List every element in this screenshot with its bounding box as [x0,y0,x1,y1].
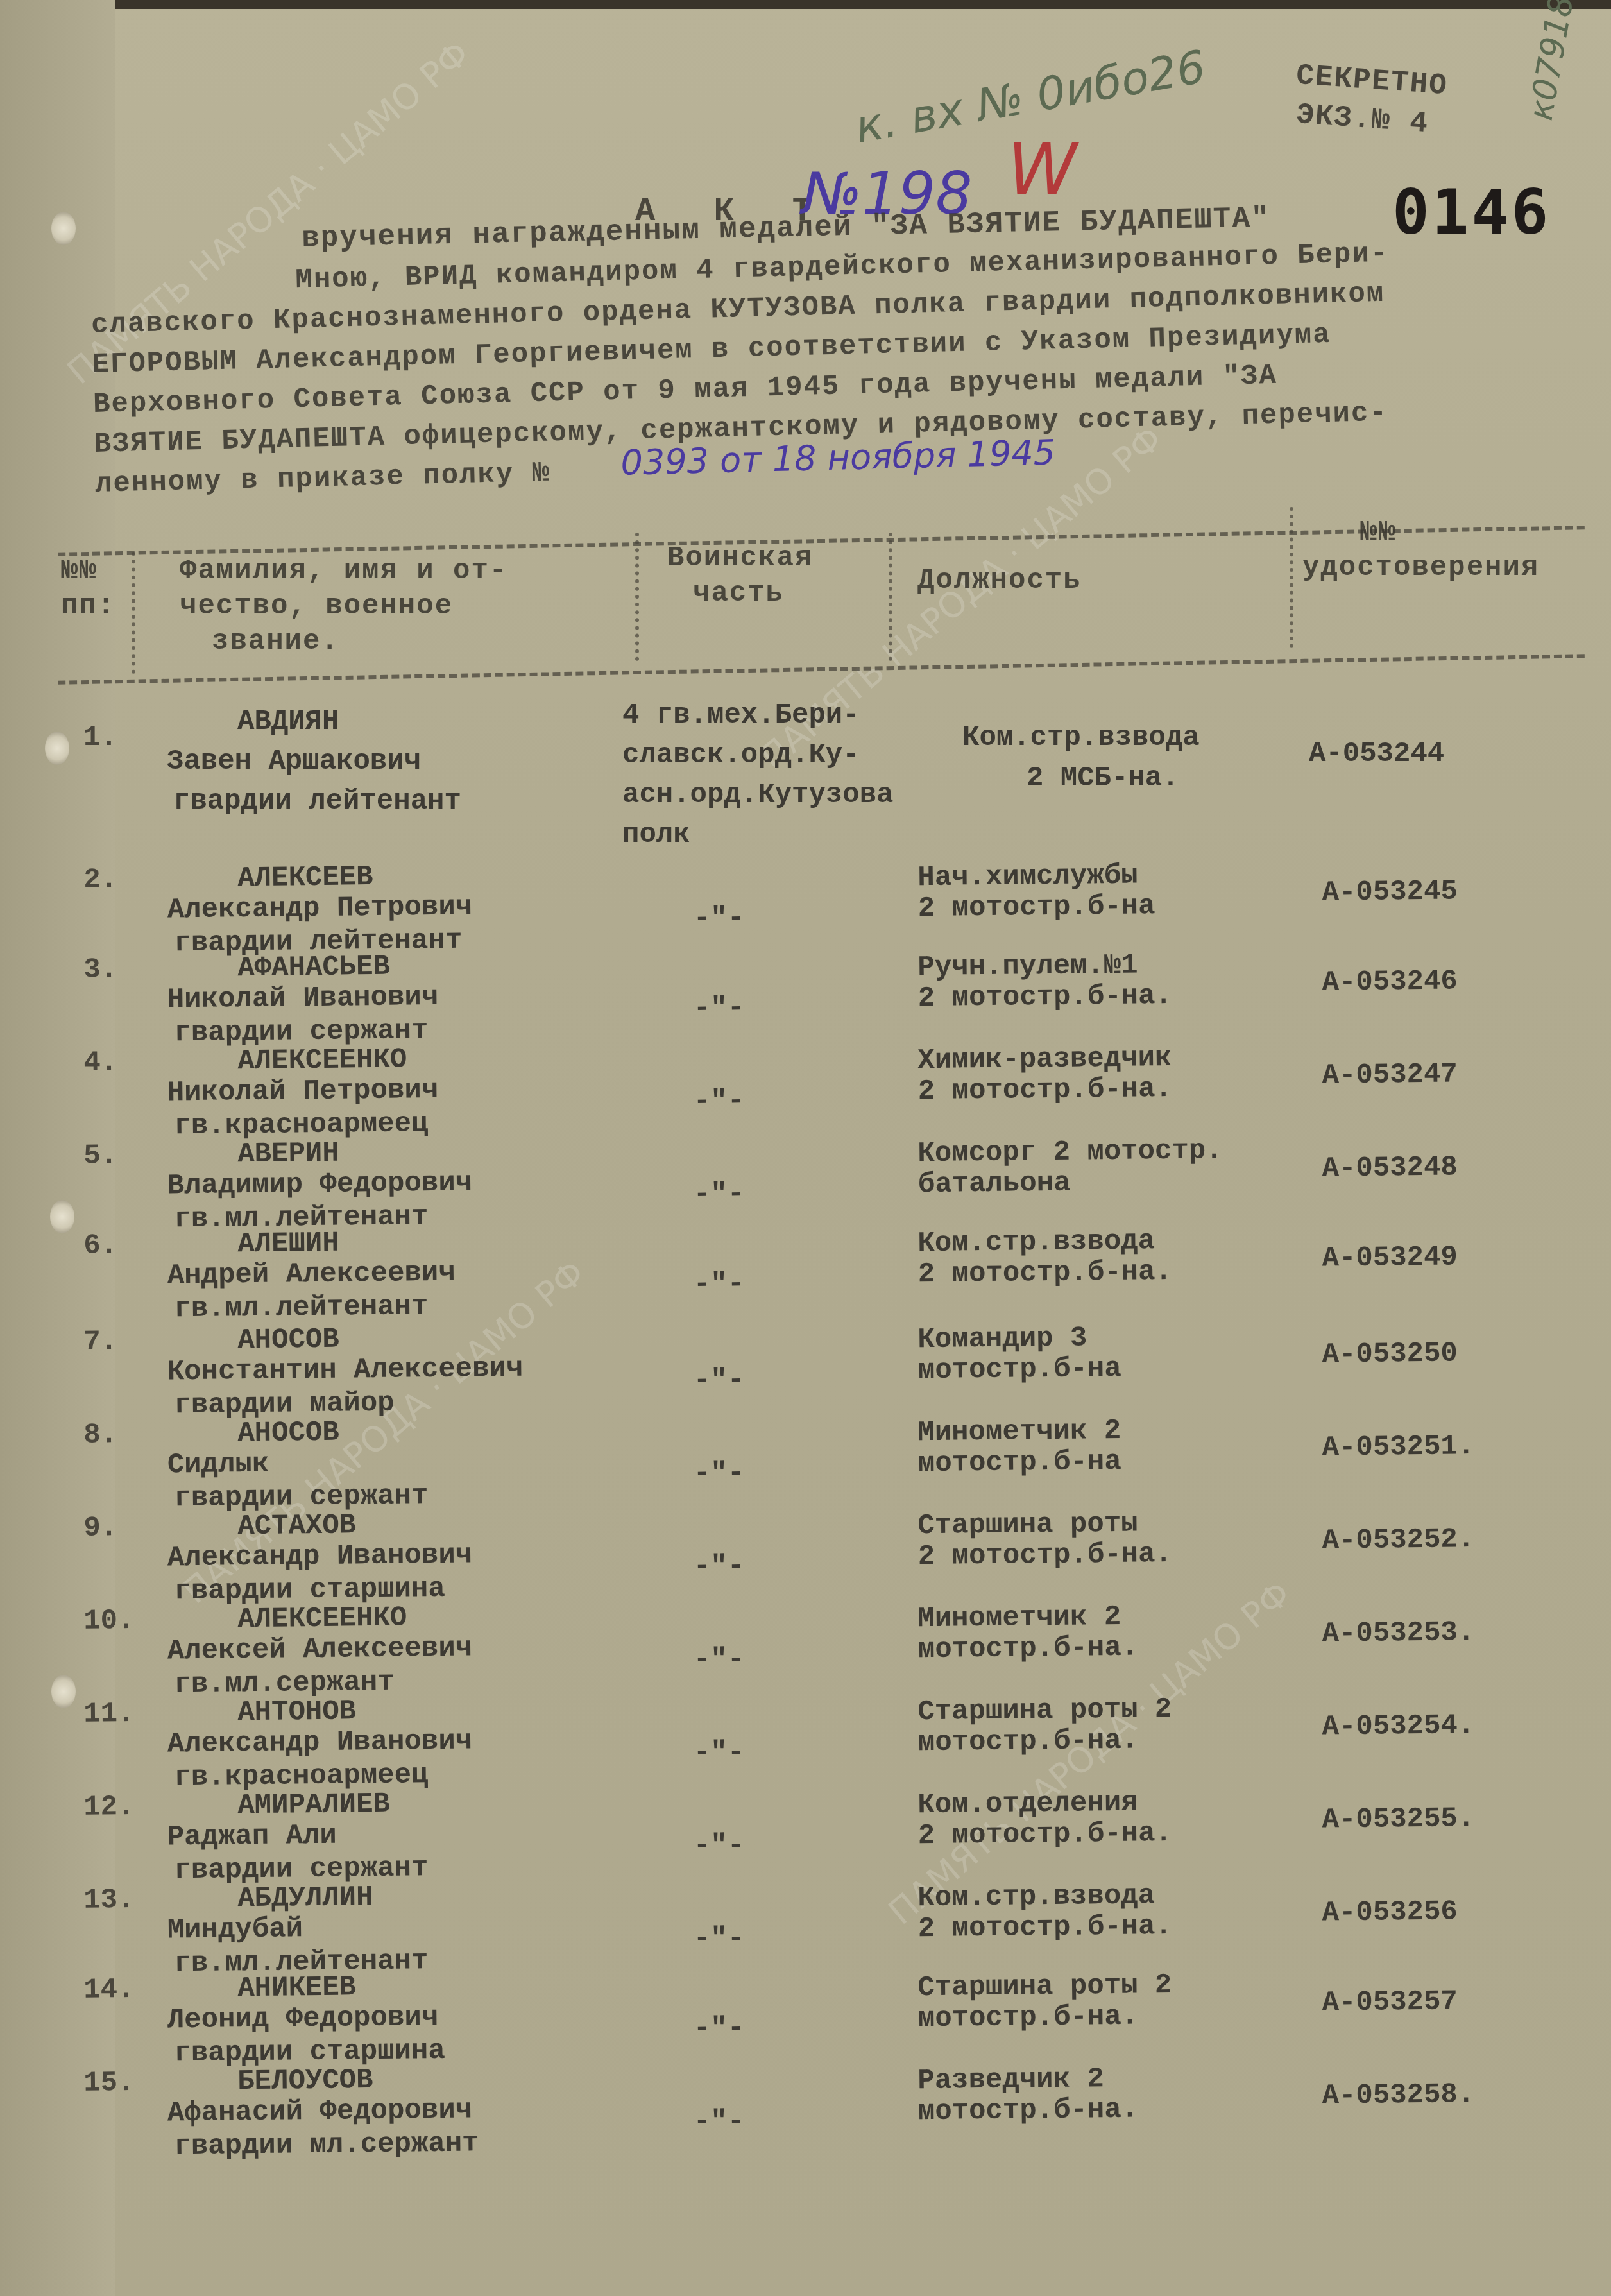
position: мотостр.б-на [918,1446,1121,1480]
surname: АЛЕШИН [237,1228,339,1261]
military-rank: гвардии сержант [174,1852,429,1887]
military-rank: гв.мл.лейтенант [174,1290,429,1325]
surname: АЛЕКСЕЕВ [237,861,373,895]
surname: АВДИЯН [237,706,339,738]
column-divider [1290,507,1293,648]
punch-hole [51,1675,76,1708]
row-number: 14. [83,1974,135,2007]
row-number: 8. [83,1419,117,1452]
position: Старшина роты 2 [917,1969,1172,2004]
row-number: 1. [83,722,117,754]
military-unit: -"- [694,2012,745,2045]
row-number: 11. [83,1698,135,1731]
row-number: 10. [83,1605,135,1638]
military-rank: гв.мл.сержант [174,1666,395,1701]
position: 2 мотостр.б-на. [918,1073,1173,1108]
column-divider [889,533,892,661]
given-name: Александр Иванович [167,1539,473,1574]
given-name: Афанасий Федорович [167,2094,473,2129]
position: Минометчик 2 [917,1601,1121,1635]
position: Старшина роты [917,1508,1138,1543]
position: 2 МСБ-на. [1027,762,1179,794]
military-unit: славск.орд.Ку- [622,739,860,771]
position: мотостр.б-на. [918,2001,1139,2035]
certificate-number: А-053250 [1322,1337,1458,1371]
certificate-number: А-053245 [1322,875,1458,909]
header-cert: удостоверения [1302,552,1539,584]
military-unit: полк [622,819,690,851]
given-name: Алексей Алексеевич [167,1632,473,1667]
certificate-number: А-053246 [1322,965,1458,998]
military-unit: -"- [694,1736,745,1769]
certificate-number: А-053248 [1322,1151,1458,1185]
given-name: Николай Иванович [167,981,439,1016]
punch-hole [51,212,76,245]
position: Ручн.пулем.№1 [917,950,1138,984]
certificate-number: А-053256 [1322,1896,1458,1929]
surname: АЛЕКСЕЕНКО [237,1602,407,1636]
certificate-number: А-053244 [1309,738,1444,770]
given-name: Сидлык [167,1448,269,1482]
position: 2 мотостр.б-на [918,890,1155,925]
given-name: Раджап Али [167,1820,337,1854]
military-unit: -"- [694,1178,745,1211]
position: 2 мотостр.б-на. [918,1538,1173,1573]
certificate-number: А-053252. [1322,1523,1474,1557]
row-number: 15. [83,2067,135,2100]
header-position: Должность [917,565,1082,597]
position: 2 мотостр.б-на. [918,1256,1173,1290]
position: Ком.стр.взвода [917,1880,1155,1914]
certificate-number: А-053251. [1322,1430,1474,1464]
position: Минометчик 2 [917,1415,1121,1449]
military-unit: -"- [694,902,745,935]
header-name: чество, военное [180,590,453,622]
row-number: 12. [83,1791,135,1824]
row-number: 3. [83,954,117,986]
military-unit: -"- [694,1643,745,1676]
document-number: 0146 [1392,176,1551,248]
military-rank: гвардии майор [174,1387,395,1422]
position: Химик-разведчик [917,1042,1172,1077]
given-name: Завен Аршакович [167,746,421,778]
row-number: 7. [83,1326,117,1358]
given-name: Владимир Федорович [167,1167,473,1202]
header-bottom-rule [58,654,1585,685]
table-header: №№ пп: Фамилия, имя и от- чество, военно… [0,494,1611,687]
certificate-number: А-053249 [1322,1241,1458,1274]
surname: АБДУЛЛИН [237,1881,373,1915]
header-name: Фамилия, имя и от- [180,555,507,587]
surname: АНИКЕЕВ [237,1971,356,2005]
surname: АНОСОВ [237,1417,339,1450]
certificate-number: А-053247 [1322,1058,1458,1092]
position: Ком.стр.взвода [962,722,1200,754]
military-unit: -"- [694,1364,745,1397]
surname: АЛЕКСЕЕНКО [237,1044,407,1078]
military-rank: гвардии сержант [174,1480,429,1514]
header-unit: часть [693,578,784,610]
certificate-number: А-053255. [1322,1803,1474,1836]
surname: БЕЛОУСОВ [237,2064,373,2098]
position: мотостр.б-на. [918,2094,1139,2129]
header-num: №№ [61,555,98,587]
punch-hole [45,732,69,765]
row-number: 13. [83,1884,135,1917]
given-name: Андрей Алексеевич [167,1257,456,1292]
surname: АМИРАЛИЕВ [237,1788,390,1822]
certificate-number: А-053253. [1322,1616,1474,1650]
given-name: Александр Петрович [167,891,473,926]
military-rank: гвардии мл.сержант [174,2127,479,2163]
military-unit: -"- [694,1550,745,1583]
military-unit: -"- [694,1268,745,1301]
military-unit: -"- [694,1923,745,1955]
surname: АСТАХОВ [237,1509,356,1543]
column-divider [132,552,135,674]
red-check-mark: W [1007,128,1077,210]
header-name: звание. [212,626,339,658]
given-name: Миндубай [167,1913,303,1946]
surname: АФАНАСЬЕВ [237,951,390,984]
certificate-number: А-053258. [1322,2078,1474,2112]
surname: АНОСОВ [237,1324,339,1357]
military-unit: -"- [694,1829,745,1862]
position: 2 мотостр.б-на. [918,980,1173,1015]
header-unit: Воинская [667,542,813,574]
row-number: 2. [83,864,117,896]
given-name: Александр Иванович [167,1725,473,1760]
certificate-number: А-053257 [1322,1985,1458,2019]
position: Ком.стр.взвода [917,1225,1155,1260]
military-unit: -"- [694,992,745,1025]
position: мотостр.б-на. [918,1725,1139,1760]
position: 2 мотостр.б-на. [918,1817,1173,1852]
military-unit: -"- [694,1085,745,1118]
position: Нач.химслужбы [917,860,1138,895]
position: батальона [918,1167,1071,1201]
given-name: Николай Петрович [167,1074,439,1109]
military-unit: -"- [694,1457,745,1490]
certificate-number: А-053254. [1322,1709,1474,1743]
position: Командир 3 [917,1322,1087,1356]
military-rank: гв.красноармеец [174,1108,429,1142]
position: Разведчик 2 [917,2063,1104,2097]
header-cert: №№ [1360,517,1397,549]
military-rank: гв.красноармеец [174,1759,429,1794]
row-number: 6. [83,1229,117,1262]
punch-hole [50,1200,74,1233]
row-number: 5. [83,1140,117,1172]
given-name: Леонид Федорович [167,2001,439,2036]
scan-top-edge [0,0,1611,9]
military-unit: 4 гв.мех.Бери- [622,699,860,732]
position: мотостр.б-на [918,1353,1121,1387]
military-unit: -"- [694,2105,745,2138]
military-unit: асн.орд.Кутузова [622,779,893,811]
row-number: 9. [83,1512,117,1545]
position: Ком.отделения [917,1787,1138,1822]
position: Старшина роты 2 [917,1693,1172,1728]
position: 2 мотостр.б-на. [918,1910,1173,1945]
given-name: Константин Алексеевич [167,1353,524,1389]
military-rank: гвардии лейтенант [173,785,461,818]
column-divider [635,533,639,661]
header-num: пп: [61,590,115,622]
position: Комсорг 2 мотостр. [917,1135,1223,1170]
surname: АНТОНОВ [237,1695,356,1729]
position: мотостр.б-на. [918,1632,1139,1666]
row-number: 4. [83,1047,117,1079]
surname: АВЕРИН [237,1138,339,1171]
